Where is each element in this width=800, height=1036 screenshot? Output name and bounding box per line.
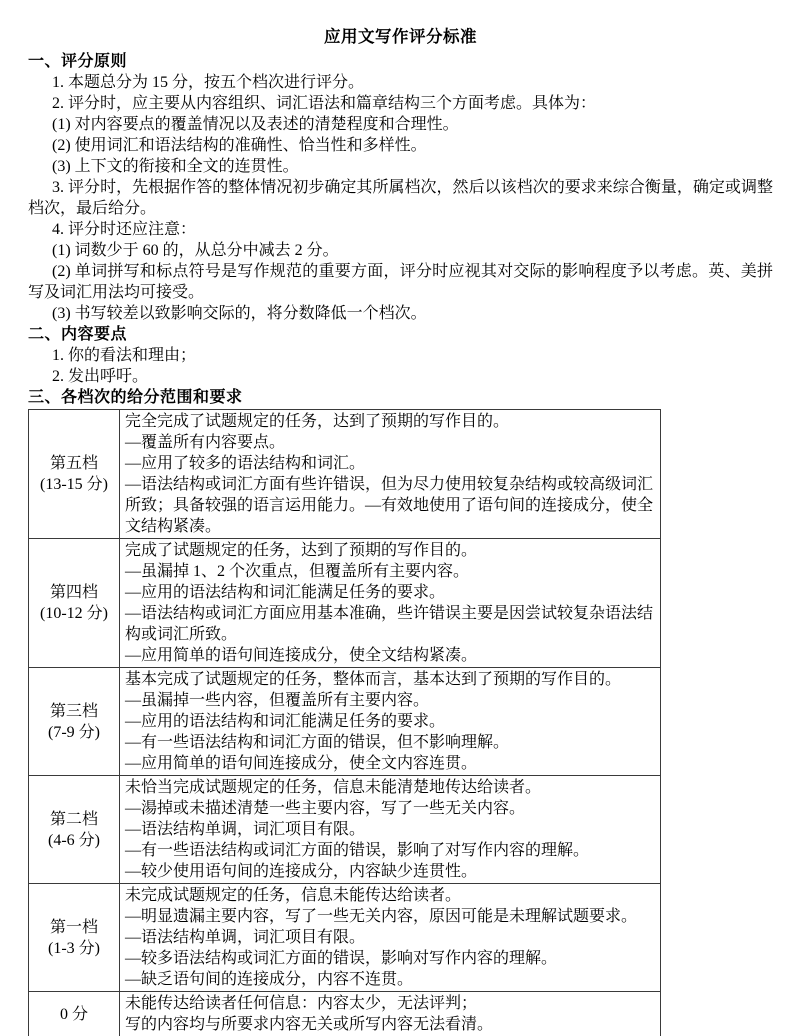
criteria-cell: 完全完成了试题规定的任务，达到了预期的写作目的。 —覆盖所有内容要点。 —应用了…	[120, 410, 661, 539]
table-row-level3: 第三档 (7-9 分) 基本完成了试题规定的任务，整体而言，基本达到了预期的写作…	[29, 668, 661, 776]
criterion: —明显遗漏主要内容，写了一些无关内容，原因可能是未理解试题要求。	[125, 906, 655, 927]
table-row-level5: 第五档 (13-15 分) 完全完成了试题规定的任务，达到了预期的写作目的。 —…	[29, 410, 661, 539]
criterion: —语法结构单调，词汇项目有限。	[125, 927, 655, 948]
criterion: —有一些语法结构和词汇方面的错误，但不影响理解。	[125, 732, 655, 753]
criterion: —语法结构或词汇方面应用基本准确，些许错误主要是因尝试较复杂语法结构或词汇所致。	[125, 603, 655, 645]
criterion: —缺乏语句间的连接成分，内容不连贯。	[125, 969, 655, 990]
criterion: —虽漏掉 1、2 个次重点，但覆盖所有主要内容。	[125, 561, 655, 582]
criterion: 完全完成了试题规定的任务，达到了预期的写作目的。	[125, 411, 655, 432]
criterion: —湯掉或未描述清楚一些主要内容，写了一些无关内容。	[125, 798, 655, 819]
level-cell: 第二档 (4-6 分)	[29, 776, 120, 884]
criteria-cell: 未能传达给读者任何信息：内容太少，无法评判； 写的内容均与所要求内容无关或所写内…	[120, 992, 661, 1036]
criterion: —语法结构或词汇方面有些许错误，但为尽力使用较复杂结构或较高级词汇所致；具备较强…	[125, 474, 655, 537]
level-range: (7-9 分)	[31, 722, 117, 743]
criterion: —覆盖所有内容要点。	[125, 432, 655, 453]
criterion: —较多语法结构或词汇方面的错误，影响对写作内容的理解。	[125, 948, 655, 969]
criterion: 完成了试题规定的任务，达到了预期的写作目的。	[125, 540, 655, 561]
level-cell: 第四档 (10-12 分)	[29, 539, 120, 668]
paragraph: 4. 评分时还应注意：	[28, 219, 773, 240]
level-cell: 第一档 (1-3 分)	[29, 884, 120, 992]
criteria-cell: 完成了试题规定的任务，达到了预期的写作目的。 —虽漏掉 1、2 个次重点，但覆盖…	[120, 539, 661, 668]
level-cell: 第五档 (13-15 分)	[29, 410, 120, 539]
paragraph: 1. 本题总分为 15 分，按五个档次进行评分。	[28, 72, 773, 93]
criterion: —应用简单的语句间连接成分，使全文内容连贯。	[125, 753, 655, 774]
scoring-rubric-table: 第五档 (13-15 分) 完全完成了试题规定的任务，达到了预期的写作目的。 —…	[28, 409, 661, 1036]
criterion: —应用的语法结构和词汇能满足任务的要求。	[125, 711, 655, 732]
section-heading-content-points: 二、内容要点	[28, 324, 773, 345]
level-range: (1-3 分)	[31, 938, 117, 959]
paragraph: (3) 上下文的衔接和全文的连贯性。	[28, 156, 773, 177]
paragraph: 2. 发出呼吁。	[28, 366, 773, 387]
table-row-level2: 第二档 (4-6 分) 未恰当完成试题规定的任务，信息未能清楚地传达给读者。 —…	[29, 776, 661, 884]
paragraph: (2) 使用词汇和语法结构的准确性、恰当性和多样性。	[28, 135, 773, 156]
section-heading-principles: 一、评分原则	[28, 51, 773, 72]
level-name: 第五档	[31, 453, 117, 474]
criterion: —较少使用语句间的连接成分，内容缺少连贯性。	[125, 861, 655, 882]
criterion: —语法结构单调，词汇项目有限。	[125, 819, 655, 840]
criterion: 写的内容均与所要求内容无关或所写内容无法看清。	[125, 1014, 655, 1035]
criterion: 未能传达给读者任何信息：内容太少，无法评判；	[125, 993, 655, 1014]
criterion: 基本完成了试题规定的任务，整体而言，基本达到了预期的写作目的。	[125, 669, 655, 690]
criterion: —应用的语法结构和词汇能满足任务的要求。	[125, 582, 655, 603]
paragraph: (1) 词数少于 60 的，从总分中减去 2 分。	[28, 240, 773, 261]
document-page: 应用文写作评分标准 一、评分原则 1. 本题总分为 15 分，按五个档次进行评分…	[0, 0, 800, 1036]
paragraph: 3. 评分时，先根据作答的整体情况初步确定其所属档次，然后以该档次的要求来综合衡…	[28, 177, 773, 219]
level-cell: 第三档 (7-9 分)	[29, 668, 120, 776]
table-row-zero: 0 分 未能传达给读者任何信息：内容太少，无法评判； 写的内容均与所要求内容无关…	[29, 992, 661, 1036]
paragraph: 1. 你的看法和理由；	[28, 345, 773, 366]
criterion: 未完成试题规定的任务，信息未能传达给读者。	[125, 885, 655, 906]
document-title: 应用文写作评分标准	[28, 26, 773, 48]
paragraph: (3) 书写较差以致影响交际的，将分数降低一个档次。	[28, 303, 773, 324]
level-name: 第四档	[31, 582, 117, 603]
table-row-level4: 第四档 (10-12 分) 完成了试题规定的任务，达到了预期的写作目的。 —虽漏…	[29, 539, 661, 668]
criterion: —有一些语法结构或词汇方面的错误，影响了对写作内容的理解。	[125, 840, 655, 861]
level-name: 第二档	[31, 809, 117, 830]
criteria-cell: 基本完成了试题规定的任务，整体而言，基本达到了预期的写作目的。 —虽漏掉一些内容…	[120, 668, 661, 776]
section-heading-score-ranges: 三、各档次的给分范围和要求	[28, 387, 773, 408]
paragraph: (2) 单词拼写和标点符号是写作规范的重要方面，评分时应视其对交际的影响程度予以…	[28, 261, 773, 303]
criterion: 未恰当完成试题规定的任务，信息未能清楚地传达给读者。	[125, 777, 655, 798]
criterion: —应用简单的语句间连接成分，使全文结构紧凑。	[125, 645, 655, 666]
level-range: (10-12 分)	[31, 603, 117, 624]
table-row-level1: 第一档 (1-3 分) 未完成试题规定的任务，信息未能传达给读者。 —明显遗漏主…	[29, 884, 661, 992]
paragraph: (1) 对内容要点的覆盖情况以及表述的清楚程度和合理性。	[28, 114, 773, 135]
level-name: 第一档	[31, 917, 117, 938]
paragraph: 2. 评分时，应主要从内容组织、词汇语法和篇章结构三个方面考虑。具体为：	[28, 93, 773, 114]
level-cell: 0 分	[29, 992, 120, 1036]
level-range: (4-6 分)	[31, 830, 117, 851]
level-range: (13-15 分)	[31, 474, 117, 495]
criterion: —虽漏掉一些内容，但覆盖所有主要内容。	[125, 690, 655, 711]
level-name: 0 分	[31, 1004, 117, 1025]
level-name: 第三档	[31, 701, 117, 722]
criteria-cell: 未完成试题规定的任务，信息未能传达给读者。 —明显遗漏主要内容，写了一些无关内容…	[120, 884, 661, 992]
criterion: —应用了较多的语法结构和词汇。	[125, 453, 655, 474]
criteria-cell: 未恰当完成试题规定的任务，信息未能清楚地传达给读者。 —湯掉或未描述清楚一些主要…	[120, 776, 661, 884]
